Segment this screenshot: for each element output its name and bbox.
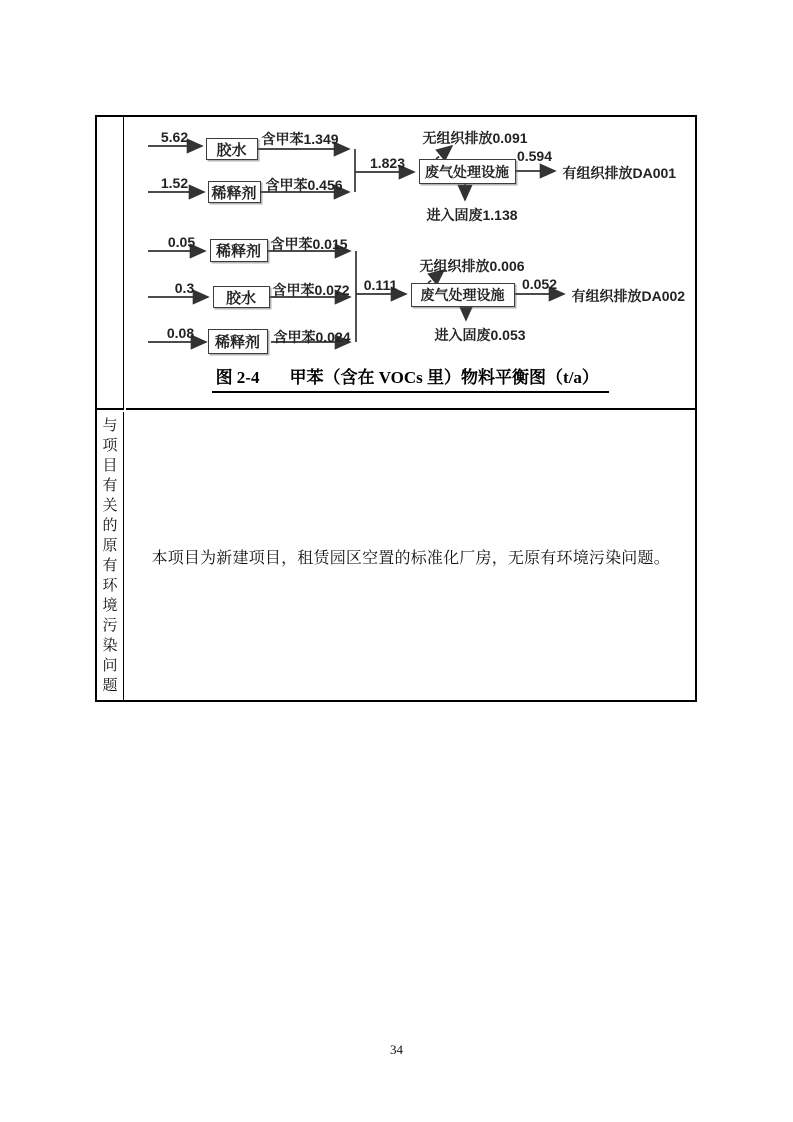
section-header-cell: 与项目有关的原有环境污染问题 [97, 412, 124, 700]
page-number: 34 [0, 1042, 793, 1058]
figure-caption: 图 2-4甲苯（含在 VOCs 里）物料平衡图（t/a） [126, 363, 696, 393]
flow-output-label: 含甲苯0.456 [266, 175, 343, 195]
flow-input-value: 0.3 [156, 280, 214, 296]
flow-input-value: 0.08 [152, 325, 210, 341]
stack-emission-label: 有组织排放DA001 [563, 163, 677, 183]
content-table: 5.62 胶水 含甲苯1.349 1.52 稀释剂 含甲苯0.456 1.823… [95, 115, 697, 702]
flow-input-value: 0.05 [153, 234, 211, 250]
flow-output-label: 含甲苯1.349 [262, 129, 339, 149]
section-body-text: 本项目为新建项目，租赁园区空置的标准化厂房，无原有环境污染问题。 [126, 545, 694, 568]
flow-box-diluent: 稀释剂 [208, 181, 261, 203]
section-body-cell: 本项目为新建项目，租赁园区空置的标准化厂房，无原有环境污染问题。 [126, 412, 696, 700]
stack-emission-value: 0.594 [510, 148, 560, 164]
flow-output-label: 含甲苯0.024 [274, 327, 351, 347]
flow-combined-value: 0.111 [352, 277, 410, 293]
flow-output-label: 含甲苯0.015 [271, 234, 348, 254]
solid-waste-label: 进入固废1.138 [427, 205, 518, 225]
section-header-vertical: 与项目有关的原有环境污染问题 [102, 416, 119, 696]
fugitive-emission-label: 无组织排放0.006 [420, 256, 525, 276]
figure-cell: 5.62 胶水 含甲苯1.349 1.52 稀释剂 含甲苯0.456 1.823… [126, 117, 696, 410]
flow-input-value: 1.52 [146, 175, 204, 191]
fugitive-emission-label: 无组织排放0.091 [423, 128, 528, 148]
flow-box-treatment: 废气处理设施 [419, 159, 516, 184]
stack-emission-value: 0.052 [514, 276, 566, 292]
flow-box-diluent: 稀释剂 [210, 239, 268, 262]
table-cell-empty [97, 117, 124, 410]
material-balance-diagram: 5.62 胶水 含甲苯1.349 1.52 稀释剂 含甲苯0.456 1.823… [126, 117, 696, 408]
flow-combined-value: 1.823 [359, 155, 417, 171]
figure-caption-title: 甲苯（含在 VOCs 里）物料平衡图（t/a） [289, 368, 598, 387]
solid-waste-label: 进入固废0.053 [435, 325, 526, 345]
stack-emission-label: 有组织排放DA002 [572, 286, 686, 306]
flow-box-glue: 胶水 [206, 138, 258, 160]
document-page: 5.62 胶水 含甲苯1.349 1.52 稀释剂 含甲苯0.456 1.823… [0, 0, 793, 1122]
figure-caption-number: 图 2-4 [216, 368, 260, 387]
flow-input-value: 5.62 [146, 129, 204, 145]
flow-output-label: 含甲苯0.072 [273, 280, 350, 300]
flow-box-treatment: 废气处理设施 [411, 283, 515, 307]
flow-box-glue: 胶水 [213, 286, 270, 308]
flow-box-diluent: 稀释剂 [208, 329, 268, 354]
